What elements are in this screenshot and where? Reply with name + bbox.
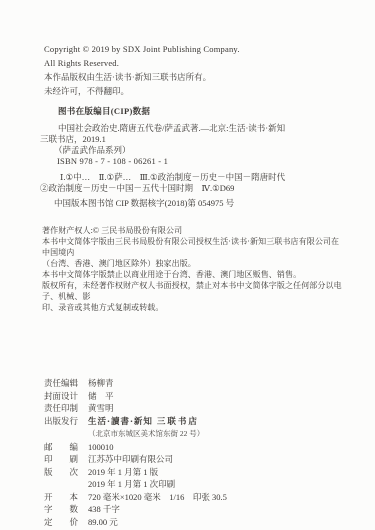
format-row: 开 本 720 毫米×1020 毫米 1/16 印张 30.5 [44, 491, 345, 504]
publisher-value: 生活·讀書·新知三联书店 [88, 415, 345, 429]
cip-heading: 图书在版编目(CIP)数据 [58, 106, 345, 117]
price-row: 定 价 89.00 元 [44, 516, 345, 529]
editor-row: 责任编辑 杨柳青 [44, 377, 345, 390]
reproduction-restriction-line-2: 印、录音或其他方式复制或转载。 [42, 302, 345, 313]
printer-name: 江苏苏中印刷有限公司 [88, 453, 345, 466]
rights-holder-line: 著作财产权人:© 三民书局股份有限公司 [42, 225, 345, 236]
wordcount-value: 438 千字 [88, 503, 345, 516]
impression-line: 2019 年 1 月第 1 次印刷 [88, 478, 345, 491]
copyright-line-english: Copyright © 2019 by SDX Joint Publishing… [44, 42, 345, 56]
cip-title-line-2: 三联书店，2019.1 [40, 134, 345, 145]
edition-label: 版 次 [44, 466, 88, 479]
editor-name: 杨柳青 [88, 377, 345, 390]
authorization-block: 著作财产权人:© 三民书局股份有限公司 本书中文简体字版由三民书局股份有限公司授… [42, 225, 345, 313]
cip-data-block: 图书在版编目(CIP)数据 中国社会政治史.隋唐五代卷/萨孟武著.—北京:生活·… [44, 106, 345, 209]
publisher-label: 出版发行 [44, 415, 88, 429]
publisher-name-text: 三联书店 [157, 416, 199, 426]
printer-row: 印 刷 江苏苏中印刷有限公司 [44, 453, 345, 466]
cover-design-label: 封面设计 [44, 390, 88, 403]
postcode-row: 邮 编 100010 [44, 441, 345, 454]
copyright-block: Copyright © 2019 by SDX Joint Publishing… [44, 42, 345, 98]
postcode-label: 邮 编 [44, 441, 88, 454]
sales-restriction-line: 本书中文简体字版禁止以商业用途于台湾、香港、澳门地区贩售、销售。 [42, 269, 345, 280]
format-label: 开 本 [44, 491, 88, 504]
cover-design-row: 封面设计 储 平 [44, 390, 345, 403]
edition-value: 2019 年 1 月第 1 版 [88, 466, 345, 479]
wordcount-label: 字 数 [44, 503, 88, 516]
publisher-logo-text: 生活·讀書·新知 [88, 417, 153, 427]
authorization-line-2: （台湾、香港、澳门地区除外）独家出版。 [42, 258, 345, 269]
printer-label: 印 刷 [44, 453, 88, 466]
colophon-page: Copyright © 2019 by SDX Joint Publishing… [0, 0, 375, 530]
publisher-address: （北京市东城区美术馆东街 22 号） [88, 428, 345, 441]
cover-designer-name: 储 平 [88, 390, 345, 403]
no-reprint-line: 未经许可，不得翻印。 [44, 84, 345, 98]
cip-classification-line-2: ②政治制度－历史－中国－五代十国时期 Ⅳ.①D69 [40, 183, 345, 194]
edition-row: 版 次 2019 年 1 月第 1 版 [44, 466, 345, 479]
copyright-line-chinese: 本作品版权由生活·读书·新知三联书店所有。 [44, 70, 345, 84]
reproduction-restriction-line-1: 版权所有，未经著作权财产权人书面授权，禁止对本书中文简体字版之任何部分以电子、机… [42, 280, 345, 302]
format-value: 720 毫米×1020 毫米 1/16 印张 30.5 [88, 491, 345, 504]
print-supervisor-label: 责任印制 [44, 402, 88, 415]
editor-label: 责任编辑 [44, 377, 88, 390]
price-label: 定 价 [44, 516, 88, 529]
wordcount-row: 字 数 438 千字 [44, 503, 345, 516]
rights-reserved-line: All Rights Reserved. [44, 56, 345, 70]
cip-classification-line-1: Ⅰ.①中… Ⅱ.①萨… Ⅲ.①政治制度－历史－中国－隋唐时代 [60, 172, 345, 183]
cip-series-line: （萨孟武作品系列） [54, 145, 345, 156]
postcode-value: 100010 [88, 441, 345, 454]
isbn-line: ISBN 978 - 7 - 108 - 06261 - 1 [57, 156, 345, 167]
publisher-row: 出版发行 生活·讀書·新知三联书店 [44, 415, 345, 429]
publication-details-block: 责任编辑 杨柳青 封面设计 储 平 责任印制 黄雪明 出版发行 生活·讀書·新知… [44, 377, 345, 528]
print-supervisor-row: 责任印制 黄雪明 [44, 402, 345, 415]
cip-title-line: 中国社会政治史.隋唐五代卷/萨孟武著.—北京:生活·读书·新知 [58, 123, 345, 134]
cip-record-number-line: 中国版本图书馆 CIP 数据核字(2018)第 054975 号 [54, 198, 345, 209]
price-value: 89.00 元 [88, 516, 345, 529]
authorization-line-1: 本书中文简体字版由三民书局股份有限公司授权生活·读书·新知三联书店有限公司在中国… [42, 236, 345, 258]
print-supervisor-name: 黄雪明 [88, 402, 345, 415]
